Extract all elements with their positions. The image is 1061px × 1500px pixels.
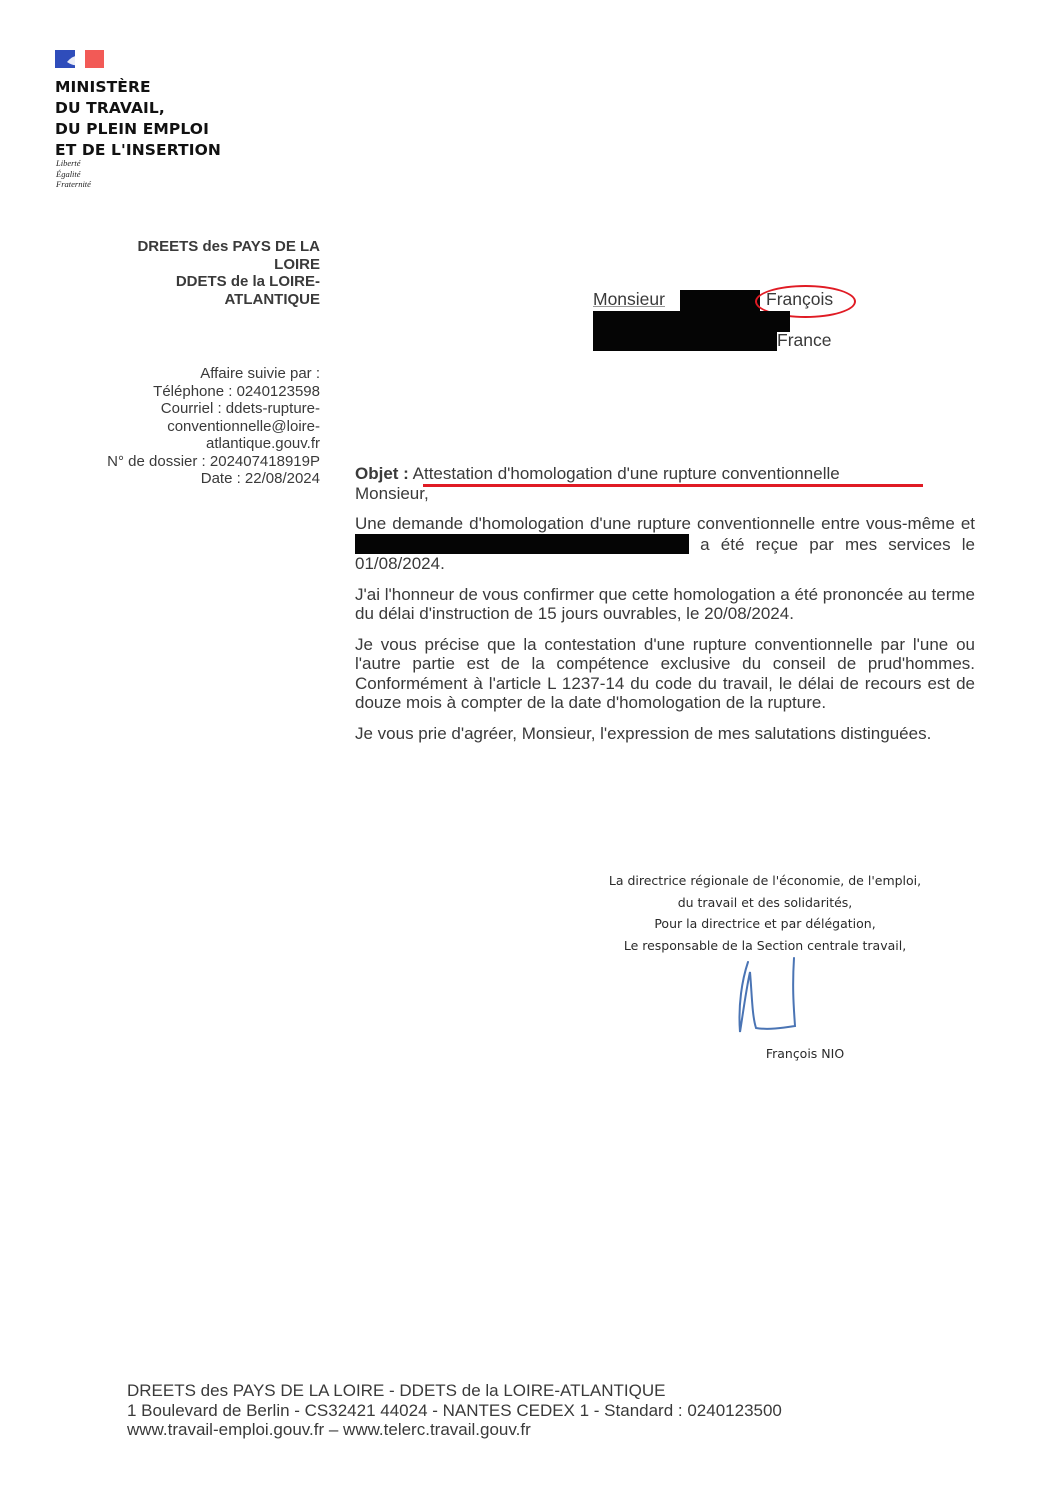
footer-address: 1 Boulevard de Berlin - CS32421 44024 - … <box>127 1401 782 1421</box>
footer-org: DREETS des PAYS DE LA LOIRE - DDETS de l… <box>127 1381 782 1401</box>
file-number: N° de dossier : 202407418919P <box>20 453 320 471</box>
recipient-address: Monsieur François France <box>593 289 893 359</box>
letter-body: Objet : Attestation d'homologation d'une… <box>355 464 975 743</box>
paragraph-closing: Je vous prie d'agréer, Monsieur, l'expre… <box>355 724 975 744</box>
recipient-country: France <box>777 330 831 351</box>
paragraph-request: Une demande d'homologation d'une rupture… <box>355 514 975 574</box>
signature-block: La directrice régionale de l'économie, d… <box>560 870 970 956</box>
redacted-surname <box>680 290 760 311</box>
redacted-city <box>593 332 777 351</box>
phone: Téléphone : 0240123598 <box>20 383 320 401</box>
red-underline-annotation <box>423 484 923 487</box>
handwritten-signature <box>720 950 810 1045</box>
paragraph-contestation: Je vous précise que la contestation d'un… <box>355 635 975 713</box>
sender-organization: DREETS des PAYS DE LA LOIRE DDETS de la … <box>50 238 320 308</box>
subject-label: Objet : <box>355 464 409 483</box>
ministry-name: MINISTÈRE DU TRAVAIL, DU PLEIN EMPLOI ET… <box>55 77 275 161</box>
redacted-employer <box>355 534 689 554</box>
paragraph-confirmation: J'ai l'honneur de vous confirmer que cet… <box>355 585 975 624</box>
republic-motto: Liberté Égalité Fraternité <box>56 158 136 190</box>
marianne-flag-icon <box>55 50 104 68</box>
redacted-street <box>593 311 790 332</box>
page-footer: DREETS des PAYS DE LA LOIRE - DDETS de l… <box>127 1381 782 1440</box>
letter-date: Date : 22/08/2024 <box>20 470 320 488</box>
footer-websites: www.travail-emploi.gouv.fr – www.telerc.… <box>127 1420 782 1440</box>
signer-name: François NIO <box>560 1046 1050 1061</box>
subject-line: Objet : Attestation d'homologation d'une… <box>355 464 975 484</box>
sender-contact-info: Affaire suivie par : Téléphone : 0240123… <box>20 365 320 488</box>
recipient-salutation: Monsieur <box>593 289 665 310</box>
email: Courriel : ddets-rupture- <box>20 400 320 418</box>
case-handler: Affaire suivie par : <box>20 365 320 383</box>
subject-text: Attestation d'homologation d'une rupture… <box>413 464 840 483</box>
